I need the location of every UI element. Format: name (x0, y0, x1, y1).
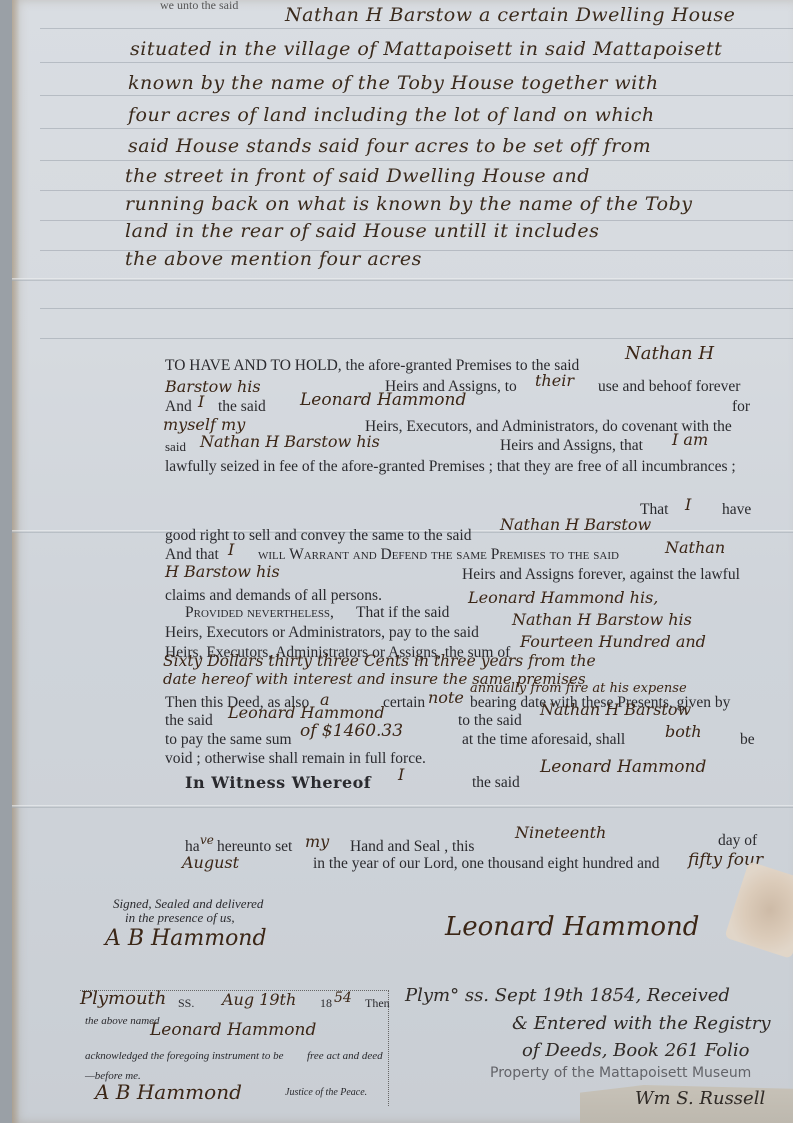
condition-fill: both (665, 722, 702, 741)
printed-text: Provided nevertheless, (185, 604, 334, 622)
ruled-line (40, 62, 793, 63)
printed-text: claims and demands of all persons. (165, 587, 382, 605)
description-line: known by the name of the Toby House toge… (128, 72, 659, 94)
paper-edge-stain (12, 0, 20, 1123)
description-line: Nathan H Barstow a certain Dwelling Hous… (285, 4, 735, 26)
paper-fold (12, 805, 793, 808)
year-fill: 54 (334, 990, 352, 1006)
acknowledger-name-fill: Leonard Hammond (150, 1020, 316, 1040)
pronoun-fill: I (198, 392, 204, 411)
printed-text: SS. (178, 996, 194, 1011)
month-fill: August (182, 853, 239, 872)
ruled-line (40, 95, 793, 96)
verb-fill: ve (200, 833, 214, 847)
grantor-name-fill: Leonard Hammond (300, 390, 466, 410)
habendum-line-1: TO HAVE AND TO HOLD, the afore-granted P… (165, 357, 579, 375)
pronoun-fill: I (398, 765, 404, 784)
printed-text: the above named (85, 1015, 160, 1027)
printed-text: good right to sell and convey the same t… (165, 527, 472, 545)
museum-watermark: Property of the Mattapoisett Museum (490, 1065, 751, 1081)
ruled-line (40, 160, 793, 161)
grantee-name-fill: Barstow his (165, 377, 261, 396)
pronoun-fill: I (685, 495, 691, 514)
printed-text: acknowledged the foregoing instrument to… (85, 1050, 283, 1062)
justice-signature: A B Hammond (95, 1080, 242, 1104)
in-witness-heading: In Witness Whereof (185, 773, 371, 792)
registry-line: of Deeds, Book 261 Folio (522, 1040, 749, 1061)
description-line: running back on what is known by the nam… (125, 193, 692, 215)
printed-prefix: we unto the said (160, 0, 238, 13)
possessive-fill: my (305, 832, 329, 851)
printed-text: the said (472, 774, 520, 792)
ruled-line (40, 28, 793, 29)
ruled-line (40, 190, 793, 191)
ruled-line (40, 338, 793, 339)
register-signature: Wm S. Russell (635, 1088, 765, 1109)
description-line: situated in the village of Mattapoisett … (130, 38, 722, 60)
printed-text: Hand and Seal , this (350, 838, 474, 856)
printed-text: have (722, 501, 751, 519)
printed-text: the said (218, 398, 266, 416)
printed-text: void ; otherwise shall remain in full fo… (165, 750, 426, 768)
grantor-name-fill: Leonard Hammond (540, 757, 706, 777)
grantor-signature: Leonard Hammond (445, 912, 699, 942)
printed-text: Heirs, Executors or Administrators, pay … (165, 624, 479, 642)
ruled-line (40, 128, 793, 129)
description-line: said House stands said four acres to be … (128, 135, 651, 157)
printed-text: certain (383, 694, 425, 712)
printed-text: said (165, 439, 186, 455)
description-line: four acres of land including the lot of … (128, 104, 655, 126)
printed-text: be (740, 731, 755, 749)
printed-text: use and behoof forever (598, 378, 740, 396)
printed-text: lawfully seized in fee of the afore-gran… (165, 458, 736, 476)
sum-in-words-fill: Sixty Dollars thirty three Cents in thre… (163, 652, 596, 670)
printed-text: And (165, 398, 192, 416)
grantee-name-fill: Nathan H Barstow his (200, 432, 380, 451)
grantee-name-fill: Nathan H Barstow (540, 700, 691, 719)
paper-fold (12, 278, 793, 281)
printed-text: to the said (458, 712, 522, 730)
grantor-name-fill: Leonard Hammond (228, 703, 385, 722)
ruled-line (40, 308, 793, 309)
date-fill: Aug 19th (222, 990, 296, 1009)
instrument-fill: note (428, 688, 464, 707)
grantee-name-fill: Nathan H (625, 343, 714, 364)
grantee-name-fill: Nathan (665, 538, 725, 557)
grantee-name-fill: Nathan H Barstow (500, 515, 651, 534)
printed-text: Justice of the Peace. (285, 1087, 367, 1098)
registry-line: Plym° ss. Sept 19th 1854, Received (405, 985, 730, 1006)
registry-line: & Entered with the Registry (512, 1013, 771, 1034)
witness-signature: A B Hammond (105, 926, 267, 951)
printed-text: That if the said (356, 604, 449, 622)
printed-text: for (732, 398, 750, 416)
pronoun-fill: I am (672, 430, 708, 449)
pronoun-fill: I (228, 540, 234, 559)
county-fill: Plymouth (80, 988, 166, 1009)
printed-text: the said (165, 712, 213, 730)
printed-text: in the year of our Lord, one thousand ei… (313, 855, 660, 873)
printed-text: Then (365, 996, 390, 1011)
grantee-name-fill: Nathan H Barstow his (512, 610, 692, 629)
grantor-name-fill: Leonard Hammond his, (468, 588, 658, 607)
description-line: the above mention four acres (125, 248, 422, 270)
pronoun-fill: their (535, 371, 574, 390)
printed-text: day of (718, 832, 757, 850)
printed-text: Heirs and Assigns forever, against the l… (462, 566, 740, 584)
printed-text: at the time aforesaid, shall (462, 731, 625, 749)
printed-text: Heirs and Assigns, that (500, 437, 643, 455)
description-line: the street in front of said Dwelling Hou… (125, 165, 590, 187)
printed-text: 18 (320, 996, 332, 1011)
printed-text: will Warrant and Defend the same Premise… (258, 546, 619, 564)
printed-text: to pay the same sum (165, 731, 292, 749)
grantee-name-fill: H Barstow his (165, 562, 280, 581)
witness-caption: in the presence of us, (125, 910, 235, 926)
sum-in-words-fill: Fourteen Hundred and (520, 632, 706, 651)
printed-text: free act and deed (307, 1050, 383, 1062)
day-fill: Nineteenth (515, 823, 606, 842)
description-line: land in the rear of said House untill it… (125, 220, 599, 242)
sum-amount-fill: of $1460.33 (300, 721, 403, 741)
